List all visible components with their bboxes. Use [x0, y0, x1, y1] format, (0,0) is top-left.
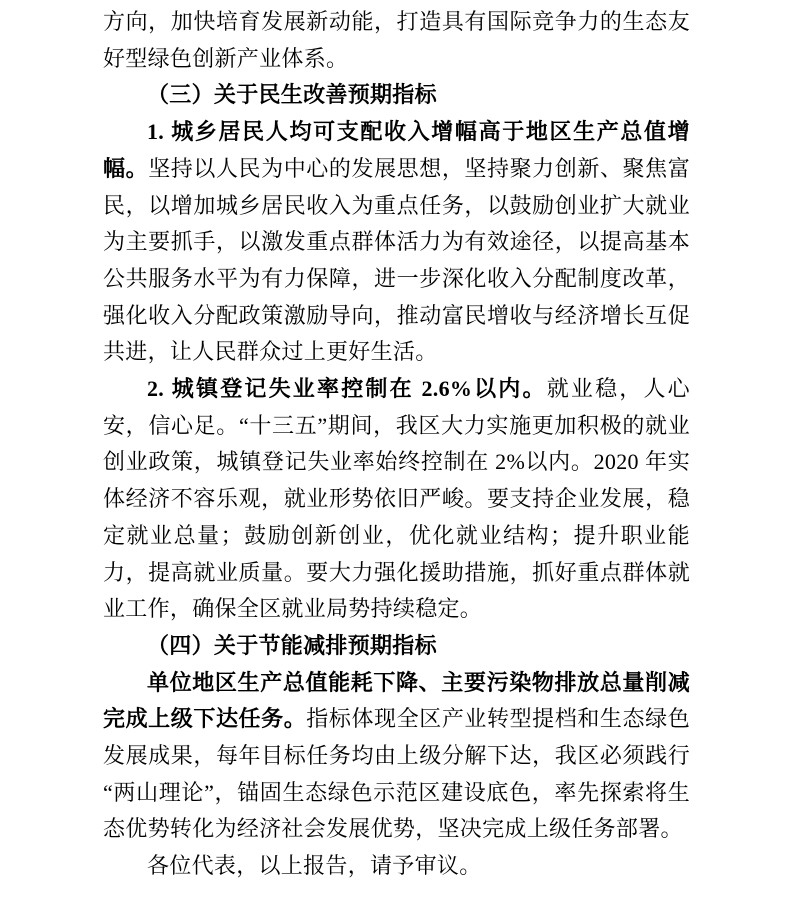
paragraph-bold-lead: 2. 城镇登记失业率控制在 2.6%以内。: [147, 376, 547, 401]
paragraph-continuation: 方向，加快培育发展新动能，打造具有国际竞争力的生态友好型绿色创新产业体系。: [103, 4, 690, 77]
paragraph-unemployment: 2. 城镇登记失业率控制在 2.6%以内。就业稳，人心安，信心足。“十三五”期间…: [103, 371, 690, 628]
section-heading-3: （三）关于民生改善预期指标: [103, 77, 690, 114]
document-page: 方向，加快培育发展新动能，打造具有国际竞争力的生态友好型绿色创新产业体系。 （三…: [0, 0, 793, 911]
section-heading-text: （四）关于节能减排预期指标: [147, 633, 437, 658]
section-heading-text: （三）关于民生改善预期指标: [147, 82, 437, 107]
paragraph-energy: 单位地区生产总值能耗下降、主要污染物排放总量削减完成上级下达任务。指标体现全区产…: [103, 665, 690, 849]
paragraph-closing: 各位代表，以上报告，请予审议。: [103, 848, 690, 885]
paragraph-text: 各位代表，以上报告，请予审议。: [147, 853, 482, 878]
paragraph-income: 1. 城乡居民人均可支配收入增幅高于地区生产总值增幅。坚持以人民为中心的发展思想…: [103, 114, 690, 371]
document-content: 方向，加快培育发展新动能，打造具有国际竞争力的生态友好型绿色创新产业体系。 （三…: [103, 4, 690, 885]
section-heading-4: （四）关于节能减排预期指标: [103, 628, 690, 665]
paragraph-text: 坚持以人民为中心的发展思想，坚持聚力创新、聚焦富民，以增加城乡居民收入为重点任务…: [103, 156, 690, 365]
paragraph-text: 就业稳，人心安，信心足。“十三五”期间，我区大力实施更加积极的就业创业政策，城镇…: [103, 376, 690, 621]
paragraph-text: 方向，加快培育发展新动能，打造具有国际竞争力的生态友好型绿色创新产业体系。: [103, 9, 690, 71]
